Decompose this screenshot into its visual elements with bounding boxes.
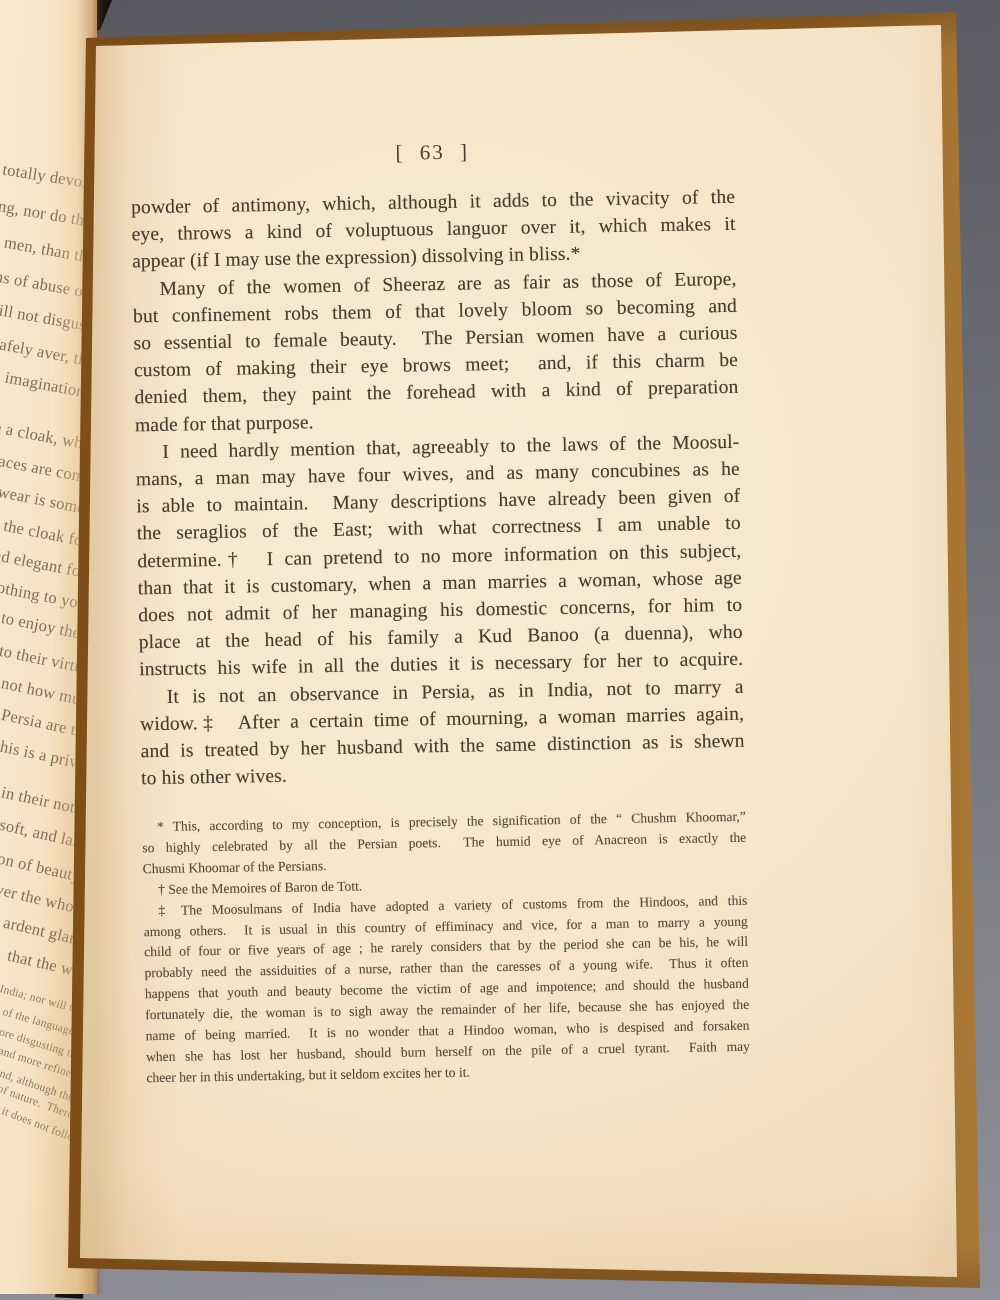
body-text: powder of antimony, which, although it a…: [131, 184, 745, 793]
page-text-layer: [ 63 ] powder of antimony, which, althou…: [94, 11, 968, 1278]
facing-page-line: re men, than they w: [0, 229, 97, 272]
page-number: [ 63 ]: [130, 135, 734, 171]
footnotes: * This, according to my conception, is p…: [142, 807, 751, 1089]
facing-page-line: e totally devoid of defe: [0, 158, 97, 202]
book-photograph: e totally devoid of defeting, nor do the…: [0, 0, 1000, 1300]
facing-page-line: ting, nor do they fee: [0, 195, 97, 237]
